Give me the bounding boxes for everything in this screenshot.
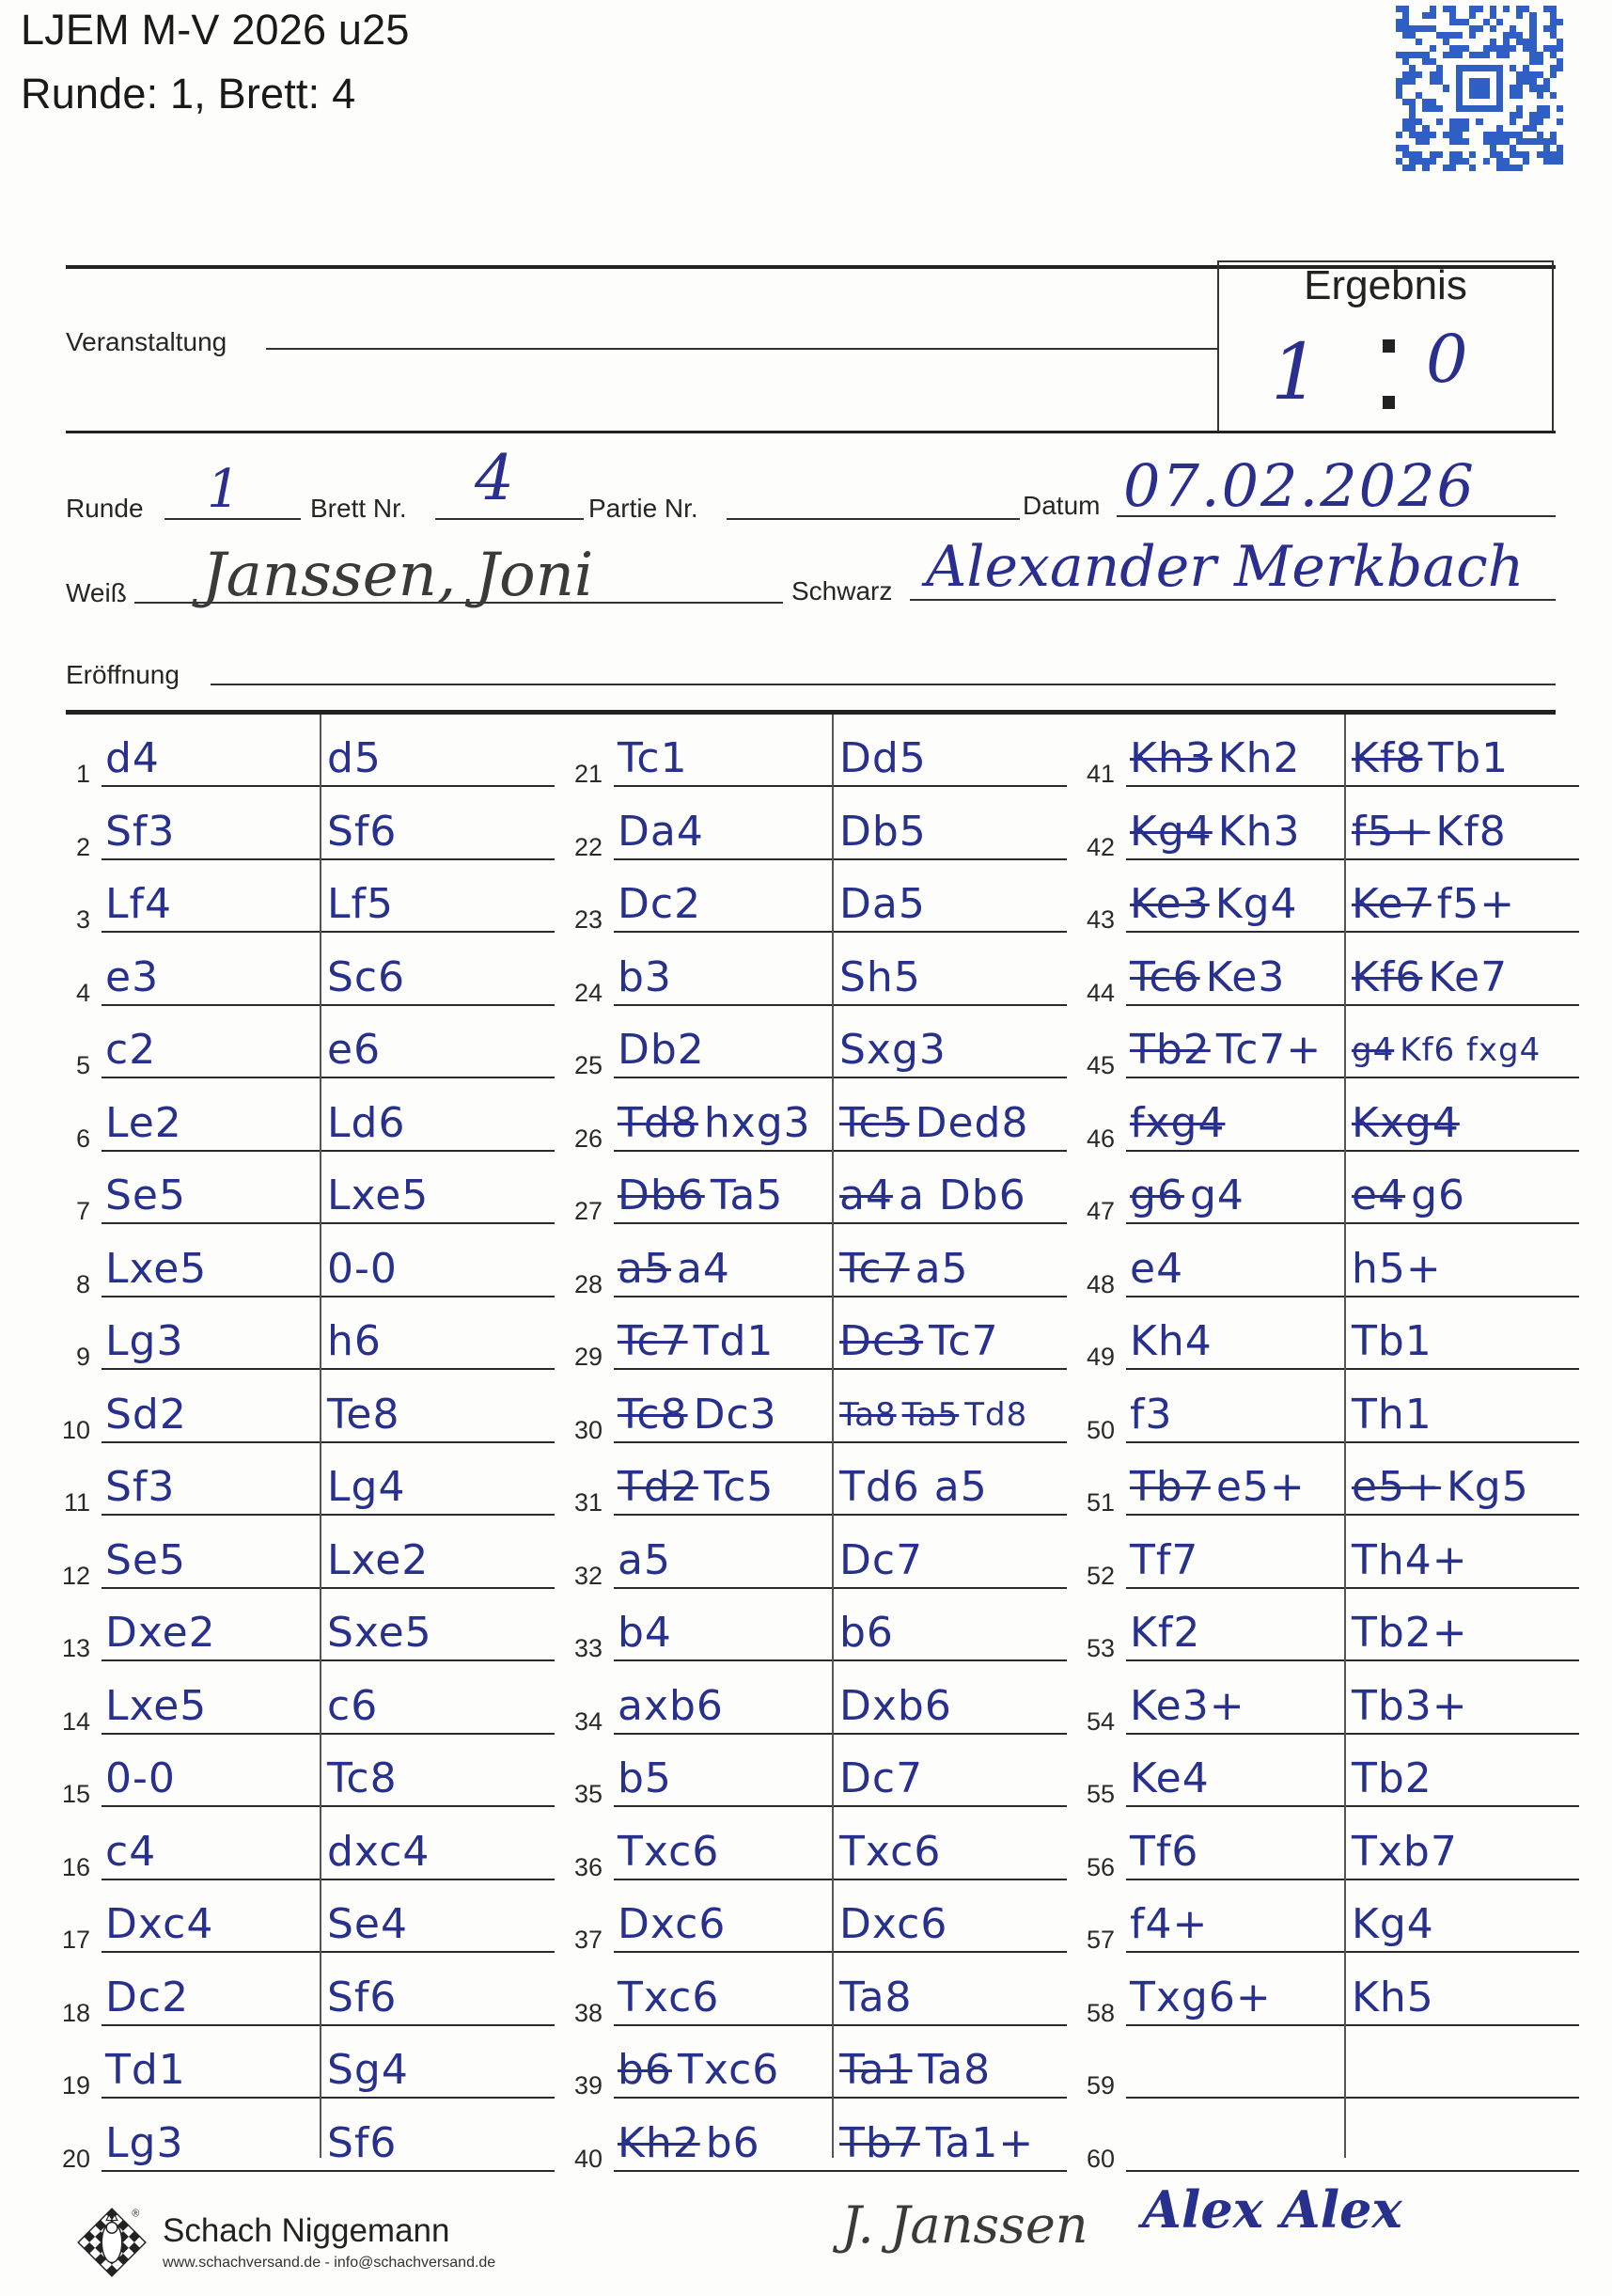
move-notation: Sh5 — [839, 953, 921, 1001]
move-notation: Td1 — [105, 2046, 186, 2094]
black-move-cell[interactable]: Db5 — [839, 808, 927, 857]
move-row: 29Tc7Td1Dc3Tc7 — [578, 1297, 1067, 1370]
black-move-cell[interactable]: Tb2+ — [1352, 1609, 1468, 1658]
move-number: 3 — [58, 905, 90, 935]
struck-move: Tc7 — [839, 1245, 910, 1293]
move-number: 38 — [571, 1999, 603, 2028]
move-number: 28 — [571, 1270, 603, 1299]
struck-move: Db6 — [618, 1172, 705, 1219]
white-move-cell[interactable]: Le2 — [105, 1099, 182, 1148]
black-move-cell[interactable]: e6 — [327, 1026, 381, 1075]
black-move-cell[interactable]: Kf8Tb1 — [1352, 734, 1509, 783]
black-move-cell[interactable]: Dxc6 — [839, 1900, 947, 1949]
move-number: 6 — [58, 1124, 90, 1154]
move-notation: e3 — [105, 953, 159, 1001]
black-move-cell[interactable]: Dxb6 — [839, 1682, 952, 1731]
move-notation: f3 — [1130, 1391, 1172, 1439]
move-notation: Da4 — [618, 808, 704, 856]
move-number: 53 — [1083, 1634, 1115, 1663]
move-notation: Lg3 — [105, 2119, 183, 2167]
white-move-cell[interactable]: Da4 — [618, 808, 704, 857]
struck-move: Ta8 — [839, 1396, 897, 1434]
board-field[interactable] — [435, 518, 584, 520]
move-notation: Lxe5 — [105, 1682, 207, 1730]
black-move-cell[interactable]: Tb7Ta1+ — [839, 2119, 1034, 2168]
move-row: 39b6Txc6Ta1Ta8 — [578, 2026, 1067, 2099]
move-number: 13 — [58, 1634, 90, 1663]
move-notation: Tb1 — [1352, 1317, 1432, 1365]
result-black-score[interactable]: 0 — [1426, 321, 1468, 398]
move-notation: Te8 — [327, 1391, 399, 1439]
label-event: Veranstaltung — [66, 327, 227, 357]
white-move-cell[interactable]: Tc8Dc3 — [618, 1391, 777, 1439]
move-notation: Sxg3 — [839, 1026, 947, 1074]
move-notation: d4 — [105, 734, 160, 782]
white-move-cell[interactable]: b3 — [618, 953, 672, 1002]
struck-move: Tb2 — [1130, 1026, 1211, 1074]
white-move-cell[interactable]: Db2 — [618, 1026, 705, 1075]
black-move-cell[interactable]: b6 — [839, 1609, 894, 1658]
move-number: 60 — [1083, 2145, 1115, 2174]
struck-move: g6 — [1130, 1172, 1184, 1219]
move-notation: b5 — [618, 1754, 672, 1802]
move-notation: Sf3 — [105, 808, 175, 856]
move-row: 1d4d5 — [66, 715, 555, 787]
move-number: 56 — [1083, 1853, 1115, 1882]
move-notation: Txc6 — [839, 1828, 941, 1876]
white-move-cell[interactable]: Kh3Kh2 — [1130, 734, 1300, 783]
struck-move: Ke7 — [1352, 880, 1432, 928]
black-move-cell[interactable]: Kh5 — [1352, 1974, 1434, 2022]
black-move-cell[interactable]: Sg4 — [327, 2046, 409, 2095]
white-move-cell[interactable]: Kg4Kh3 — [1130, 808, 1301, 857]
move-number: 10 — [58, 1416, 90, 1445]
white-move-cell[interactable]: Sf3 — [105, 808, 175, 857]
move-notation: Ld6 — [327, 1099, 405, 1147]
black-move-cell[interactable]: Kg4 — [1352, 1900, 1434, 1949]
move-number: 7 — [58, 1197, 90, 1226]
move-row: 9Lg3h6 — [66, 1297, 555, 1370]
struck-move: Ta5 — [902, 1396, 960, 1434]
black-move-cell[interactable]: Tb2 — [1352, 1754, 1432, 1803]
brand-contact: www.schachversand.de - info@schachversan… — [163, 2255, 495, 2272]
move-row: 51Tb7e5+e5+Kg5 — [1090, 1443, 1579, 1516]
white-move-cell[interactable]: Ke3Kg4 — [1130, 880, 1298, 929]
black-move-cell[interactable]: Kf6Ke7 — [1352, 953, 1508, 1002]
black-move-cell[interactable]: e4g6 — [1352, 1172, 1465, 1220]
white-move-cell[interactable]: Dc2 — [105, 1974, 189, 2022]
move-row: 60 — [1090, 2099, 1579, 2172]
black-move-cell[interactable]: 0-0 — [327, 1245, 398, 1294]
white-move-cell[interactable]: c4 — [105, 1828, 156, 1877]
round-value: 1 — [207, 459, 241, 520]
move-notation: 0-0 — [105, 1754, 176, 1802]
move-notation: b6 — [706, 2119, 760, 2167]
result-colon-top — [1383, 339, 1395, 353]
move-row: 34axb6Dxb6 — [578, 1662, 1067, 1735]
move-row: 59 — [1090, 2026, 1579, 2099]
date-value: 07.02.2026 — [1123, 451, 1476, 520]
label-round: Runde — [66, 494, 144, 524]
black-move-cell[interactable]: Lg4 — [327, 1463, 405, 1512]
move-row: 56Tf6Txb7 — [1090, 1808, 1579, 1880]
move-notation: Lxe5 — [327, 1172, 429, 1219]
white-move-cell[interactable]: Sd2 — [105, 1391, 187, 1439]
move-notation: Kh4 — [1130, 1317, 1213, 1365]
move-row: 28a5a4Tc7a5 — [578, 1225, 1067, 1297]
white-move-cell[interactable]: fxg4 — [1130, 1099, 1230, 1148]
result-white-score[interactable]: 1 — [1271, 328, 1320, 417]
white-move-cell[interactable]: g6g4 — [1130, 1172, 1244, 1220]
white-move-cell[interactable]: Td1 — [105, 2046, 186, 2095]
move-row: 30Tc8Dc3Ta8Ta5Td8 — [578, 1371, 1067, 1443]
white-move-cell[interactable]: b6Txc6 — [618, 2046, 779, 2095]
black-move-cell[interactable]: Lxe2 — [327, 1536, 429, 1585]
move-number: 49 — [1083, 1343, 1115, 1372]
black-move-cell[interactable]: c6 — [327, 1682, 378, 1731]
black-move-cell[interactable]: Tc8 — [327, 1754, 398, 1803]
move-row: 49Kh4Tb1 — [1090, 1297, 1579, 1370]
white-move-cell[interactable]: a5a4 — [618, 1245, 730, 1294]
move-number: 30 — [571, 1416, 603, 1445]
move-notation: Kg5 — [1447, 1463, 1529, 1511]
move-row: 3Lf4Lf5 — [66, 860, 555, 933]
label-game: Partie Nr. — [588, 494, 698, 524]
label-date: Datum — [1023, 491, 1100, 521]
white-move-cell[interactable]: axb6 — [618, 1682, 724, 1731]
black-move-cell[interactable]: Th1 — [1352, 1391, 1432, 1439]
move-number: 54 — [1083, 1707, 1115, 1737]
move-row: 12Se5Lxe2 — [66, 1517, 555, 1589]
white-move-cell[interactable]: Tc1 — [618, 734, 688, 783]
move-number: 11 — [58, 1488, 90, 1518]
move-number: 9 — [58, 1343, 90, 1372]
move-row: 31Td2Tc5Td6 a5 — [578, 1443, 1067, 1516]
move-notation: Ta5 — [711, 1172, 784, 1219]
black-move-cell[interactable]: d5 — [327, 734, 382, 783]
black-move-cell[interactable]: a4a Db6 — [839, 1172, 1026, 1220]
move-notation: Sf6 — [327, 2119, 397, 2167]
move-row: 55Ke4Tb2 — [1090, 1735, 1579, 1807]
move-number: 20 — [58, 2145, 90, 2174]
black-move-cell[interactable]: f5+Kf8 — [1352, 808, 1507, 857]
move-notation: Sf3 — [105, 1463, 175, 1511]
white-move-cell[interactable]: Lxe5 — [105, 1682, 207, 1731]
white-player-value: Janssen, Joni — [202, 541, 593, 610]
black-move-cell[interactable]: Kxg4 — [1352, 1099, 1465, 1148]
black-move-cell[interactable]: h5+ — [1352, 1245, 1442, 1294]
move-notation: Lg3 — [105, 1317, 183, 1365]
move-number: 36 — [571, 1853, 603, 1882]
black-move-cell[interactable]: Th4+ — [1352, 1536, 1468, 1585]
round-board-subtitle: Runde: 1, Brett: 4 — [21, 70, 355, 118]
move-notation: Tb2 — [1352, 1754, 1432, 1802]
black-move-cell[interactable]: Txb7 — [1352, 1828, 1458, 1877]
black-move-cell[interactable]: Se4 — [327, 1900, 408, 1949]
move-notation: Dc7 — [839, 1536, 923, 1584]
black-move-cell[interactable]: g4Kf6 fxg4 — [1352, 1026, 1541, 1075]
move-notation: d5 — [327, 734, 382, 782]
move-notation: Sxe5 — [327, 1609, 432, 1657]
black-move-cell[interactable]: Ld6 — [327, 1099, 405, 1148]
white-move-cell[interactable]: Lf4 — [105, 880, 172, 929]
move-notation: Dxe2 — [105, 1609, 216, 1657]
white-move-cell[interactable]: Lg3 — [105, 1317, 183, 1366]
result-box: Ergebnis 1 0 — [1217, 260, 1554, 432]
label-black: Schwarz — [791, 576, 892, 606]
struck-move: Tb7 — [839, 2119, 920, 2167]
move-notation: dxc4 — [327, 1828, 430, 1876]
black-move-cell[interactable]: Ta1Ta8 — [839, 2046, 991, 2095]
white-move-cell[interactable]: Se5 — [105, 1172, 186, 1220]
move-row: 54Ke3+Tb3+ — [1090, 1662, 1579, 1735]
struck-move: fxg4 — [1130, 1099, 1225, 1147]
black-move-cell[interactable]: Sf6 — [327, 2119, 397, 2168]
white-move-cell[interactable]: Dxc6 — [618, 1900, 726, 1949]
white-move-cell[interactable]: Tc6Ke3 — [1130, 953, 1285, 1002]
white-move-cell[interactable]: b5 — [618, 1754, 672, 1803]
move-notation: Sf6 — [327, 1974, 397, 2021]
move-number: 8 — [58, 1270, 90, 1299]
move-row: 38Txc6Ta8 — [578, 1954, 1067, 2026]
white-move-cell[interactable]: f4+ — [1130, 1900, 1208, 1949]
white-move-cell[interactable]: Tf7 — [1130, 1536, 1198, 1585]
move-number: 21 — [571, 760, 603, 789]
black-move-cell[interactable]: Sf6 — [327, 1974, 397, 2022]
white-move-cell[interactable]: f3 — [1130, 1391, 1172, 1439]
move-row: 10Sd2Te8 — [66, 1371, 555, 1443]
black-move-cell[interactable]: Dd5 — [839, 734, 927, 783]
white-move-cell[interactable]: Tf6 — [1130, 1828, 1198, 1877]
move-notation: Txc6 — [618, 1974, 719, 2021]
white-move-cell[interactable]: Dxc4 — [105, 1900, 213, 1949]
game-field[interactable] — [727, 518, 1020, 520]
struck-move: Dc3 — [839, 1317, 923, 1365]
move-underline — [614, 2170, 1067, 2172]
move-number: 18 — [58, 1999, 90, 2028]
move-notation: h5+ — [1352, 1245, 1442, 1293]
white-move-cell[interactable]: Td2Tc5 — [618, 1463, 774, 1512]
white-move-cell[interactable]: Txc6 — [618, 1974, 719, 2022]
black-move-cell[interactable]: Lf5 — [327, 880, 394, 929]
opening-field[interactable] — [211, 684, 1556, 685]
move-notation: Ta8 — [839, 1974, 913, 2021]
move-notation: b6 — [839, 1609, 894, 1657]
black-move-cell[interactable]: Ta8Ta5Td8 — [839, 1391, 1027, 1439]
white-move-cell[interactable]: d4 — [105, 734, 160, 783]
move-notation: Tb1 — [1428, 734, 1509, 782]
black-player-value: Alexander Merkbach — [926, 534, 1524, 600]
white-move-cell[interactable]: Kf2 — [1130, 1609, 1200, 1658]
white-move-cell[interactable]: Dxe2 — [105, 1609, 216, 1658]
move-number: 58 — [1083, 1999, 1115, 2028]
move-row: 13Dxe2Sxe5 — [66, 1589, 555, 1661]
move-row: 32a5Dc7 — [578, 1517, 1067, 1589]
white-move-cell[interactable]: c2 — [105, 1026, 156, 1075]
black-move-cell[interactable]: Dc7 — [839, 1754, 923, 1803]
struck-move: f5+ — [1352, 808, 1430, 856]
move-notation: Tc8 — [327, 1754, 398, 1802]
move-notation: Kh3 — [1218, 808, 1301, 856]
white-move-cell[interactable]: Td8hxg3 — [618, 1099, 811, 1148]
move-number: 19 — [58, 2071, 90, 2100]
move-number: 25 — [571, 1051, 603, 1080]
move-notation: Kg4 — [1352, 1900, 1434, 1948]
black-move-cell[interactable]: Td6 a5 — [839, 1463, 988, 1512]
black-move-cell[interactable]: Sh5 — [839, 953, 921, 1002]
white-move-cell[interactable]: 0-0 — [105, 1754, 176, 1803]
black-move-cell[interactable]: Lxe5 — [327, 1172, 429, 1220]
move-row: 19Td1Sg4 — [66, 2026, 555, 2099]
move-number: 52 — [1083, 1562, 1115, 1591]
move-notation: a Db6 — [899, 1172, 1026, 1219]
move-notation: Td6 a5 — [839, 1463, 988, 1511]
black-move-cell[interactable]: Sxe5 — [327, 1609, 432, 1658]
move-notation: a4 — [677, 1245, 730, 1293]
struck-move: Kh2 — [618, 2119, 700, 2167]
black-move-cell[interactable]: Sxg3 — [839, 1026, 947, 1075]
move-number: 59 — [1083, 2071, 1115, 2100]
white-move-cell[interactable]: Ke4 — [1130, 1754, 1210, 1803]
black-move-cell[interactable]: Tb1 — [1352, 1317, 1432, 1366]
move-notation: hxg3 — [704, 1099, 811, 1147]
move-notation: Td8 — [964, 1396, 1027, 1434]
white-move-cell[interactable]: Txg6+ — [1130, 1974, 1272, 2022]
struck-move: Tb7 — [1130, 1463, 1211, 1511]
move-row: 22Da4Db5 — [578, 788, 1067, 860]
move-notation: a5 — [618, 1536, 671, 1584]
move-notation: Txc6 — [678, 2046, 779, 2094]
column-divider — [1344, 715, 1346, 2158]
move-notation: Dxb6 — [839, 1682, 952, 1730]
black-move-cell[interactable]: dxc4 — [327, 1828, 430, 1877]
move-notation: Db5 — [839, 808, 927, 856]
black-move-cell[interactable]: Tc5Ded8 — [839, 1099, 1028, 1148]
move-notation: Dc2 — [618, 880, 701, 928]
move-row: 18Dc2Sf6 — [66, 1954, 555, 2026]
move-number: 42 — [1083, 833, 1115, 862]
move-number: 14 — [58, 1707, 90, 1737]
move-notation: b3 — [618, 953, 672, 1001]
move-number: 46 — [1083, 1124, 1115, 1154]
move-notation: Lxe5 — [105, 1245, 207, 1293]
white-move-cell[interactable]: Lg3 — [105, 2119, 183, 2168]
black-move-cell[interactable]: Da5 — [839, 880, 926, 929]
white-move-cell[interactable]: Sf3 — [105, 1463, 175, 1512]
white-move-cell[interactable]: Se5 — [105, 1536, 186, 1585]
move-notation: Ta8 — [918, 2046, 992, 2094]
move-notation: Tc7 — [929, 1317, 999, 1365]
move-notation: b4 — [618, 1609, 672, 1657]
move-notation: h6 — [327, 1317, 382, 1365]
black-move-cell[interactable]: Ta8 — [839, 1974, 913, 2022]
event-field[interactable] — [266, 348, 1217, 350]
move-notation: Dc3 — [694, 1391, 777, 1439]
black-move-cell[interactable]: Tb3+ — [1352, 1682, 1468, 1731]
move-row: 44Tc6Ke3Kf6Ke7 — [1090, 934, 1579, 1006]
move-number: 1 — [58, 760, 90, 789]
white-move-cell[interactable]: Kh4 — [1130, 1317, 1213, 1366]
move-notation: g6 — [1411, 1172, 1465, 1219]
black-move-cell[interactable]: Dc7 — [839, 1536, 923, 1585]
white-move-cell[interactable]: a5 — [618, 1536, 671, 1585]
move-notation: a5 — [916, 1245, 969, 1293]
black-move-cell[interactable]: Tc7a5 — [839, 1245, 969, 1294]
black-move-cell[interactable]: Ke7f5+ — [1352, 880, 1515, 929]
signature-black: Alex Alex — [1142, 2179, 1402, 2240]
move-notation: c4 — [105, 1828, 156, 1876]
move-row: 50f3Th1 — [1090, 1371, 1579, 1443]
move-notation: Lf4 — [105, 880, 172, 928]
black-move-cell[interactable]: Txc6 — [839, 1828, 941, 1877]
move-notation: Dd5 — [839, 734, 927, 782]
move-notation: Td1 — [694, 1317, 775, 1365]
white-move-cell[interactable]: Dc2 — [618, 880, 701, 929]
struck-move: Kf6 — [1352, 953, 1422, 1001]
move-number: 40 — [571, 2145, 603, 2174]
white-move-cell[interactable]: Tb2Tc7+ — [1130, 1026, 1322, 1075]
move-notation: Ke4 — [1130, 1754, 1210, 1802]
move-notation: e4 — [1130, 1245, 1183, 1293]
struck-move: g4 — [1352, 1031, 1394, 1069]
white-move-cell[interactable]: Ke3+ — [1130, 1682, 1245, 1731]
move-row: 41Kh3Kh2Kf8Tb1 — [1090, 715, 1579, 787]
black-move-cell[interactable]: Dc3Tc7 — [839, 1317, 999, 1366]
move-row: 46fxg4Kxg4 — [1090, 1079, 1579, 1152]
black-move-cell[interactable]: e5+Kg5 — [1352, 1463, 1529, 1512]
white-move-cell[interactable]: b4 — [618, 1609, 672, 1658]
struck-move: Kg4 — [1130, 808, 1213, 856]
move-row: 6Le2Ld6 — [66, 1079, 555, 1152]
move-number: 43 — [1083, 905, 1115, 935]
black-move-cell[interactable]: Te8 — [327, 1391, 399, 1439]
move-number: 32 — [571, 1562, 603, 1591]
white-move-cell[interactable]: Lxe5 — [105, 1245, 207, 1294]
move-number: 41 — [1083, 760, 1115, 789]
white-move-cell[interactable]: Tb7e5+ — [1130, 1463, 1306, 1512]
struck-move: b6 — [618, 2046, 672, 2094]
brand-name: Schach Niggemann — [163, 2212, 449, 2250]
move-number: 39 — [571, 2071, 603, 2100]
move-notation: Kf6 fxg4 — [1400, 1031, 1541, 1069]
white-move-cell[interactable]: Kh2b6 — [618, 2119, 760, 2168]
move-row: 52Tf7Th4+ — [1090, 1517, 1579, 1589]
move-number: 35 — [571, 1780, 603, 1809]
black-move-cell[interactable]: Sf6 — [327, 808, 397, 857]
move-number: 34 — [571, 1707, 603, 1737]
white-move-cell[interactable]: e3 — [105, 953, 159, 1002]
move-notation: Dc7 — [839, 1754, 923, 1802]
move-row: 58Txg6+Kh5 — [1090, 1954, 1579, 2026]
move-number: 27 — [571, 1197, 603, 1226]
black-move-cell[interactable]: Sc6 — [327, 953, 405, 1002]
move-row: 26Td8hxg3Tc5Ded8 — [578, 1079, 1067, 1152]
move-number: 17 — [58, 1926, 90, 1955]
black-move-cell[interactable]: h6 — [327, 1317, 382, 1366]
move-notation: Dc2 — [105, 1974, 189, 2021]
move-underline — [1126, 2170, 1579, 2172]
white-move-cell[interactable]: Txc6 — [618, 1828, 719, 1877]
white-move-cell[interactable]: Tc7Td1 — [618, 1317, 774, 1366]
move-notation: Ded8 — [916, 1099, 1029, 1147]
white-move-cell[interactable]: Db6Ta5 — [618, 1172, 783, 1220]
white-move-cell[interactable]: e4 — [1130, 1245, 1183, 1294]
move-number: 24 — [571, 979, 603, 1008]
move-notation: Dxc4 — [105, 1900, 213, 1948]
move-notation: Ke3 — [1206, 953, 1286, 1001]
move-row: 36Txc6Txc6 — [578, 1808, 1067, 1880]
move-notation: Dxc6 — [618, 1900, 726, 1948]
